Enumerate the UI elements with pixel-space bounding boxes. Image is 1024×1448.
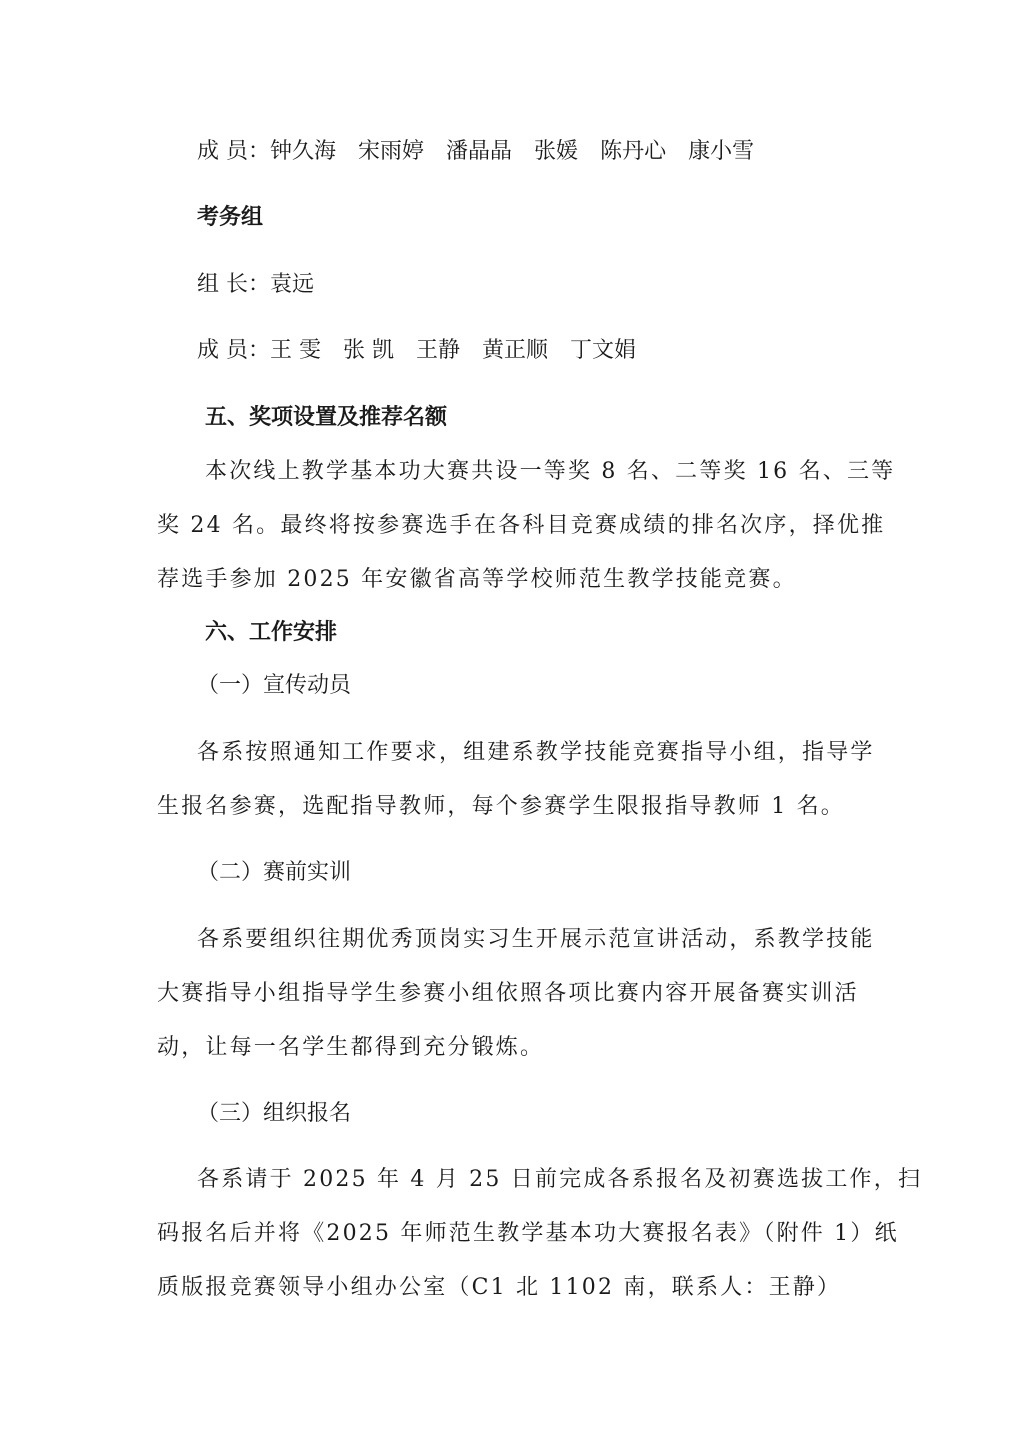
member-name: 黄正顺 [482,338,548,363]
exam-group-members-line: 成 员：王 雯张 凯王静黄正顺丁文娟 [197,336,636,366]
exam-group-title: 考务组 [197,203,263,233]
section5-para-line: 本次线上教学基本功大赛共设一等奖 8 名、二等奖 16 名、三等 [205,457,895,487]
subsection-3-para-line: 质版报竞赛领导小组办公室（C1 北 1102 南，联系人：王静） [157,1273,841,1303]
member-name: 陈丹心 [600,139,666,164]
subsection-3-para-line: 码报名后并将《2025 年师范生教学基本功大赛报名表》（附件 1）纸 [157,1219,899,1249]
subsection-2-heading: （二）赛前实训 [197,858,351,888]
subsection-1-heading: （一）宣传动员 [197,671,351,701]
members-line-previous-group: 成 员：钟久海宋雨婷潘晶晶张媛陈丹心康小雪 [197,137,754,167]
subsection-3-para-line: 各系请于 2025 年 4 月 25 日前完成各系报名及初赛选拔工作，扫 [197,1165,922,1195]
member-name: 王静 [416,338,460,363]
leader-name: 袁远 [270,272,314,297]
subsection-1-para-line: 各系按照通知工作要求，组建系教学技能竞赛指导小组，指导学 [197,738,875,768]
section5-para-line: 奖 24 名。最终将按参赛选手在各科目竞赛成绩的排名次序，择优推 [157,511,885,541]
section6-heading: 六、工作安排 [205,618,337,648]
member-name: 丁文娟 [570,338,636,363]
section5-para-line: 荐选手参加 2025 年安徽省高等学校师范生教学技能竞赛。 [157,565,797,595]
subsection-1-para-line: 生报名参赛，选配指导教师，每个参赛学生限报指导教师 1 名。 [157,792,845,822]
subsection-2-para-line: 大赛指导小组指导学生参赛小组依照各项比赛内容开展备赛实训活 [157,979,859,1009]
member-name: 宋雨婷 [358,139,424,164]
subsection-2-para-line: 动，让每一名学生都得到充分锻炼。 [157,1033,544,1063]
exam-group-leader-line: 组 长：袁远 [197,270,314,300]
members-label: 成 员： [197,338,270,363]
member-name: 张 凯 [343,338,394,363]
members-label: 成 员： [197,139,270,164]
member-name: 王 雯 [270,338,321,363]
section5-heading: 五、奖项设置及推荐名额 [205,403,447,433]
leader-label: 组 长： [197,272,270,297]
member-name: 潘晶晶 [446,139,512,164]
subsection-2-para-line: 各系要组织往期优秀顶岗实习生开展示范宣讲活动，系教学技能 [197,925,875,955]
member-name: 康小雪 [688,139,754,164]
subsection-3-heading: （三）组织报名 [197,1099,351,1129]
member-name: 钟久海 [270,139,336,164]
member-name: 张媛 [534,139,578,164]
